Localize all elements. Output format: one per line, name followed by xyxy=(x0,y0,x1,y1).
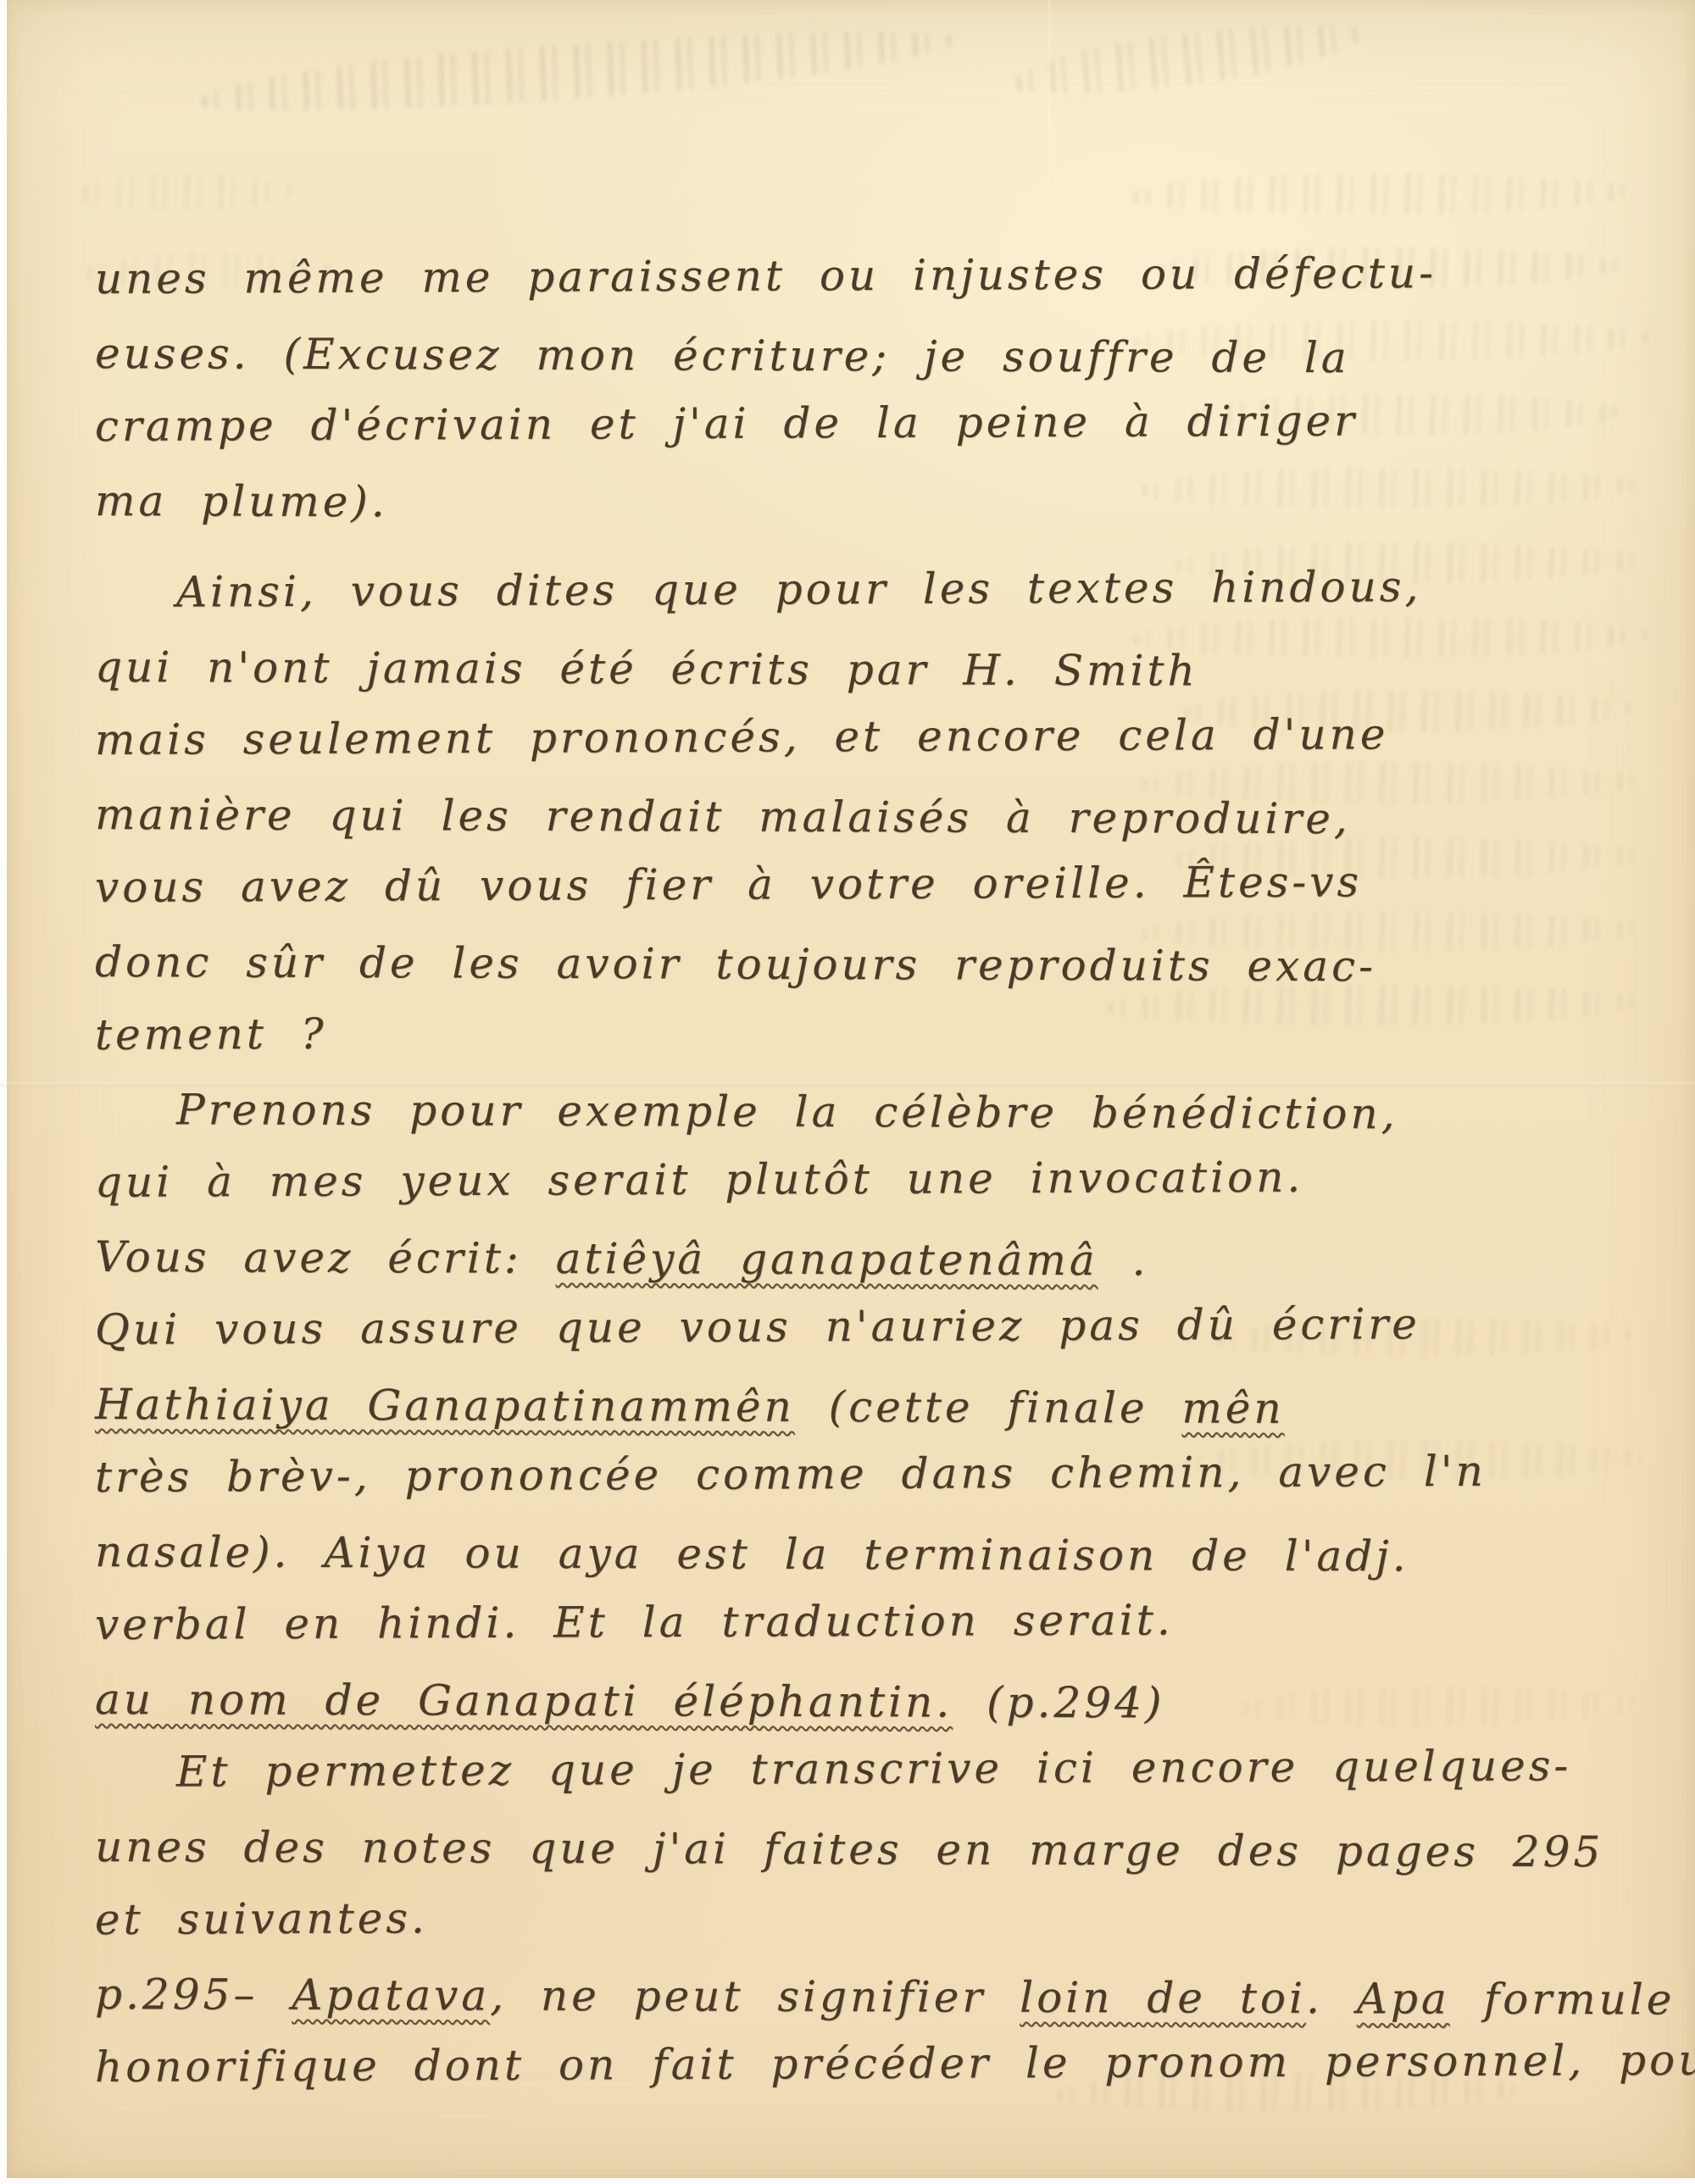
page-reference: (p.294) xyxy=(953,1678,1164,1728)
letter-text: vous avez dû vous fier à votre oreille. … xyxy=(95,857,1362,912)
letter-text: crampe d'écrivain et j'ai de la peine à … xyxy=(95,396,1358,451)
letter-line: unes même me paraissent ou injustes ou d… xyxy=(95,247,1653,328)
letter-text: . xyxy=(1098,1236,1149,1285)
letter-text: formule xyxy=(1450,1975,1676,2025)
letter-text: qui à mes yeux serait plutôt une invocat… xyxy=(95,1153,1304,1207)
letter-text: qui n'ont jamais été écrits par H. Smith xyxy=(95,642,1198,696)
letter-text: Et permettez que je transcrive ici encor… xyxy=(176,1741,1572,1796)
letter-line: Et permettez que je transcrive ici encor… xyxy=(95,1741,1653,1821)
letter-line: très brèv-, prononcée comme dans chemin,… xyxy=(95,1446,1653,1526)
letter-text: nasale). Aiya ou aya est la terminaison … xyxy=(95,1527,1409,1581)
letter-text: euses. (Excusez mon écriture; je souffre… xyxy=(95,329,1350,382)
underlined-term: mên xyxy=(1181,1383,1284,1432)
handwritten-letter-body: unes même me paraissent ou injustes ou d… xyxy=(0,0,1695,2116)
underlined-term: loin de toi xyxy=(1020,1973,1306,2023)
underlined-term: au nom de Ganapati éléphantin. xyxy=(95,1675,953,1727)
letter-line: verbal en hindi. Et la traduction serait… xyxy=(95,1593,1653,1674)
letter-text: verbal en hindi. Et la traduction serait… xyxy=(95,1595,1174,1649)
letter-line: ma plume). xyxy=(95,476,1653,555)
letter-line: Ainsi, vous dites que pour les textes hi… xyxy=(95,561,1653,642)
letter-line: honorifique dont on fait précéder le pro… xyxy=(95,2036,1653,2116)
letter-text: Vous avez écrit: xyxy=(95,1232,556,1283)
letter-line: et suivantes. xyxy=(95,1888,1653,1969)
letter-text: mais seulement prononcés, et encore cela… xyxy=(95,709,1389,764)
letter-line: Qui vous assure que vous n'auriez pas dû… xyxy=(95,1298,1653,1379)
letter-line: crampe d'écrivain et j'ai de la peine à … xyxy=(95,395,1653,475)
letter-text: Ainsi, vous dites que pour les textes hi… xyxy=(176,562,1422,616)
letter-text: , ne peut signifier xyxy=(490,1971,1020,2022)
underlined-term: Apatava xyxy=(292,1970,490,2020)
letter-text: ma plume). xyxy=(95,476,388,526)
letter-text: manière qui les rendait malaisés à repro… xyxy=(95,790,1351,843)
letter-text: (cette finale xyxy=(795,1382,1182,1433)
letter-text: unes même me paraissent ou injustes ou d… xyxy=(95,248,1437,303)
letter-text: Prenons pour exemple la célèbre bénédict… xyxy=(176,1085,1398,1138)
letter-text: . xyxy=(1306,1974,1357,2023)
letter-text: donc sûr de les avoir toujours reproduit… xyxy=(95,937,1376,991)
letter-text: très brèv-, prononcée comme dans chemin,… xyxy=(95,1447,1487,1502)
letter-text: et suivantes. xyxy=(95,1893,428,1944)
letter-text: honorifique dont on fait précéder le pro… xyxy=(95,2036,1695,2092)
letter-line: vous avez dû vous fier à votre oreille. … xyxy=(95,856,1653,936)
letter-text: tement ? xyxy=(95,1009,327,1059)
letter-text: unes des notes que j'ai faites en marge … xyxy=(95,1822,1603,1876)
underlined-term: atiêyâ ganapatenâmâ xyxy=(556,1234,1098,1285)
underlined-term: Apa xyxy=(1357,1974,1450,2023)
page-reference: p.295– xyxy=(95,1970,292,2020)
letter-line: tement ? xyxy=(95,1003,1653,1084)
letter-text: Qui vous assure que vous n'auriez pas dû… xyxy=(95,1299,1420,1354)
letter-line: qui à mes yeux serait plutôt une invocat… xyxy=(95,1151,1653,1231)
underlined-term: Hathiaiya Ganapatinammên xyxy=(95,1380,795,1431)
letter-line: mais seulement prononcés, et encore cela… xyxy=(95,709,1653,789)
